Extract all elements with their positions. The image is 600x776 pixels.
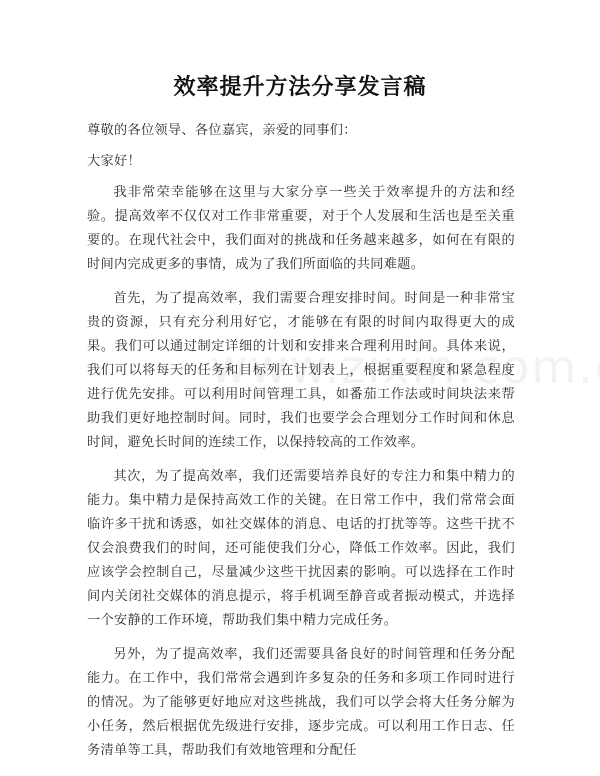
greeting: 大家好！: [87, 150, 515, 174]
document-body: 尊敬的各位领导、各位嘉宾，亲爱的同事们： 大家好！ 我非常荣幸能够在这里与大家分…: [87, 119, 515, 773]
salutation: 尊敬的各位领导、各位嘉宾，亲爱的同事们：: [87, 119, 515, 143]
paragraph-intro: 我非常荣幸能够在这里与大家分享一些关于效率提升的方法和经验。提高效率不仅仅对工作…: [87, 181, 515, 277]
paragraph-focus: 其次，为了提高效率，我们还需要培养良好的专注力和集中精力的能力。集中精力是保持高…: [87, 465, 515, 633]
paragraph-time-management: 首先，为了提高效率，我们需要合理安排时间。时间是一种非常宝贵的资源，只有充分利用…: [87, 287, 515, 455]
document-title: 效率提升方法分享发言稿: [0, 72, 600, 104]
paragraph-task-allocation: 另外，为了提高效率，我们还需要具备良好的时间管理和任务分配能力。在工作中，我们常…: [87, 643, 515, 763]
document-page: www.zixin.com.cn 效率提升方法分享发言稿 尊敬的各位领导、各位嘉…: [0, 0, 600, 776]
